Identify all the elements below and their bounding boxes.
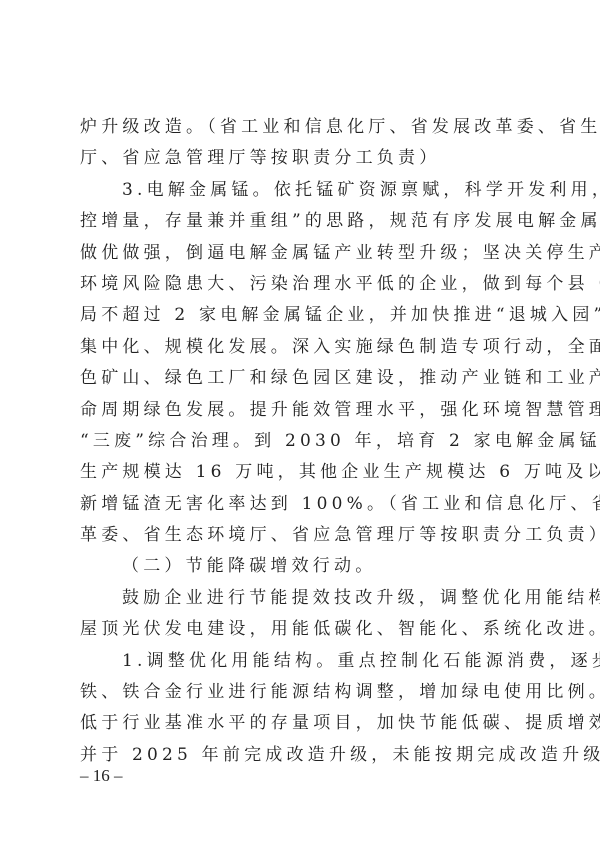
text-line: 屋顶光伏发电建设，用能低碳化、智能化、系统化改进。 bbox=[80, 614, 530, 645]
text-line: 铁、铁合金行业进行能源结构调整，增加绿电使用比例。对能效 bbox=[80, 677, 530, 708]
text-line: 厅、省应急管理厅等按职责分工负责） bbox=[80, 143, 530, 174]
text-line: 做优做强，倒逼电解金属锰产业转型升级；坚决关停生产规模小、 bbox=[80, 238, 530, 269]
text-line: 低于行业基准水平的存量项目，加快节能低碳、提质增效改造， bbox=[80, 708, 530, 739]
text-line: 新增锰渣无害化率达到 100%。（省工业和信息化厅、省发展改 bbox=[80, 489, 530, 520]
text-line: 控增量，存量兼并重组”的思路，规范有序发展电解金属锰企业， bbox=[80, 206, 530, 237]
text-line: 命周期绿色发展。提升能效管理水平，强化环境智慧管理，加强 bbox=[80, 395, 530, 426]
text-line: 集中化、规模化发展。深入实施绿色制造专项行动，全面推进绿 bbox=[80, 332, 530, 363]
text-line: 生产规模达 16 万吨，其他企业生产规模达 6 万吨及以上。全省 bbox=[80, 457, 530, 488]
page-number: – 16 – bbox=[80, 766, 123, 786]
paragraph-heading-energy-structure: 1.调整优化用能结构。重点控制化石能源消费，逐步推进钢 bbox=[80, 646, 530, 677]
paragraph-heading-electrolytic-manganese: 3.电解金属锰。依托锰矿资源禀赋，科学开发利用，坚持“严 bbox=[80, 175, 530, 206]
text-line: 鼓励企业进行节能提效技改升级，调整优化用能结构，推进 bbox=[80, 583, 530, 614]
text-line: 环境风险隐患大、污染治理水平低的企业，做到每个县（区）布 bbox=[80, 269, 530, 300]
section-heading-energy-saving: （二）节能降碳增效行动。 bbox=[80, 551, 530, 582]
text-line: 并于 2025 年前完成改造升级，未能按期完成改造升级的项目坚 bbox=[80, 740, 530, 771]
text-line: 局不超过 2 家电解金属锰企业，并加快推进“退城入园”，加快 bbox=[80, 300, 530, 331]
text-line: 炉升级改造。（省工业和信息化厅、省发展改革委、省生态环境 bbox=[80, 112, 530, 143]
text-line: 革委、省生态环境厅、省应急管理厅等按职责分工负责） bbox=[80, 520, 530, 551]
document-body: 炉升级改造。（省工业和信息化厅、省发展改革委、省生态环境 厅、省应急管理厅等按职… bbox=[80, 112, 530, 771]
text-line: 色矿山、绿色工厂和绿色园区建设，推动产业链和工业产品全生 bbox=[80, 363, 530, 394]
text-line: “三废”综合治理。到 2030 年，培育 2 家电解金属锰龙头企业 bbox=[80, 426, 530, 457]
